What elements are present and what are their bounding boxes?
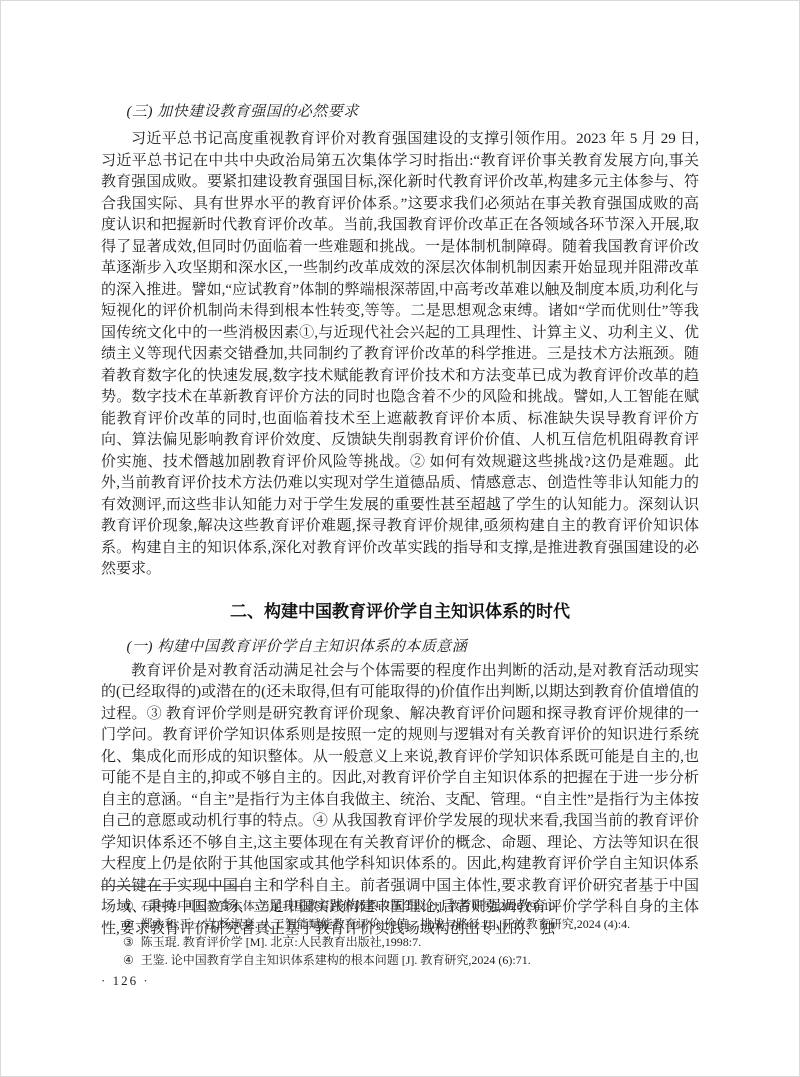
footnote-divider: [101, 886, 251, 887]
subsection-heading-1: (一) 构建中国教育评价学自主知识体系的本质意涵: [101, 636, 699, 658]
article-body: (三) 加快建设教育强国的必然要求 习近平总书记高度重视教育评价对教育强国建设的…: [101, 101, 699, 940]
page-number: · 126 ·: [101, 973, 150, 989]
footnote-text: 王鉴. 论中国教育学自主知识体系建构的根本问题 [J]. 教育研究,2024 (…: [141, 953, 531, 967]
paragraph-1: 习近平总书记高度重视教育评价对教育强国建设的支撑引领作用。2023 年 5 月 …: [101, 129, 699, 581]
footnote-item: ②郑永和,王一岩,杨淑豪. 人工智能赋能教育评价:价值、挑战与路径 [J]. 开…: [101, 915, 699, 933]
footnote-marker: ③: [123, 935, 134, 949]
footnote-text: 郑永和,王一岩,杨淑豪. 人工智能赋能教育评价:价值、挑战与路径 [J]. 开放…: [141, 917, 630, 931]
footnote-text: 石中英. 回归教育本体:当前我国教育评价体系改革刍议 [J]. 教育研究,202…: [141, 899, 558, 913]
section-title: 二、构建中国教育评价学自主知识体系的时代: [101, 600, 699, 624]
footnote-marker: ④: [123, 953, 134, 967]
footnotes-section: ①石中英. 回归教育本体:当前我国教育评价体系改革刍议 [J]. 教育研究,20…: [101, 886, 699, 969]
document-page: (三) 加快建设教育强国的必然要求 习近平总书记高度重视教育评价对教育强国建设的…: [0, 0, 800, 1077]
footnote-text: 陈玉琨. 教育评价学 [M]. 北京:人民教育出版社,1998:7.: [141, 935, 421, 949]
footnote-item: ③陈玉琨. 教育评价学 [M]. 北京:人民教育出版社,1998:7.: [101, 933, 699, 951]
footnote-item: ①石中英. 回归教育本体:当前我国教育评价体系改革刍议 [J]. 教育研究,20…: [101, 897, 699, 915]
footnote-marker: ②: [123, 917, 134, 931]
footnote-item: ④王鉴. 论中国教育学自主知识体系建构的根本问题 [J]. 教育研究,2024 …: [101, 951, 699, 969]
footnote-marker: ①: [123, 899, 134, 913]
subsection-heading-3: (三) 加快建设教育强国的必然要求: [101, 101, 699, 123]
